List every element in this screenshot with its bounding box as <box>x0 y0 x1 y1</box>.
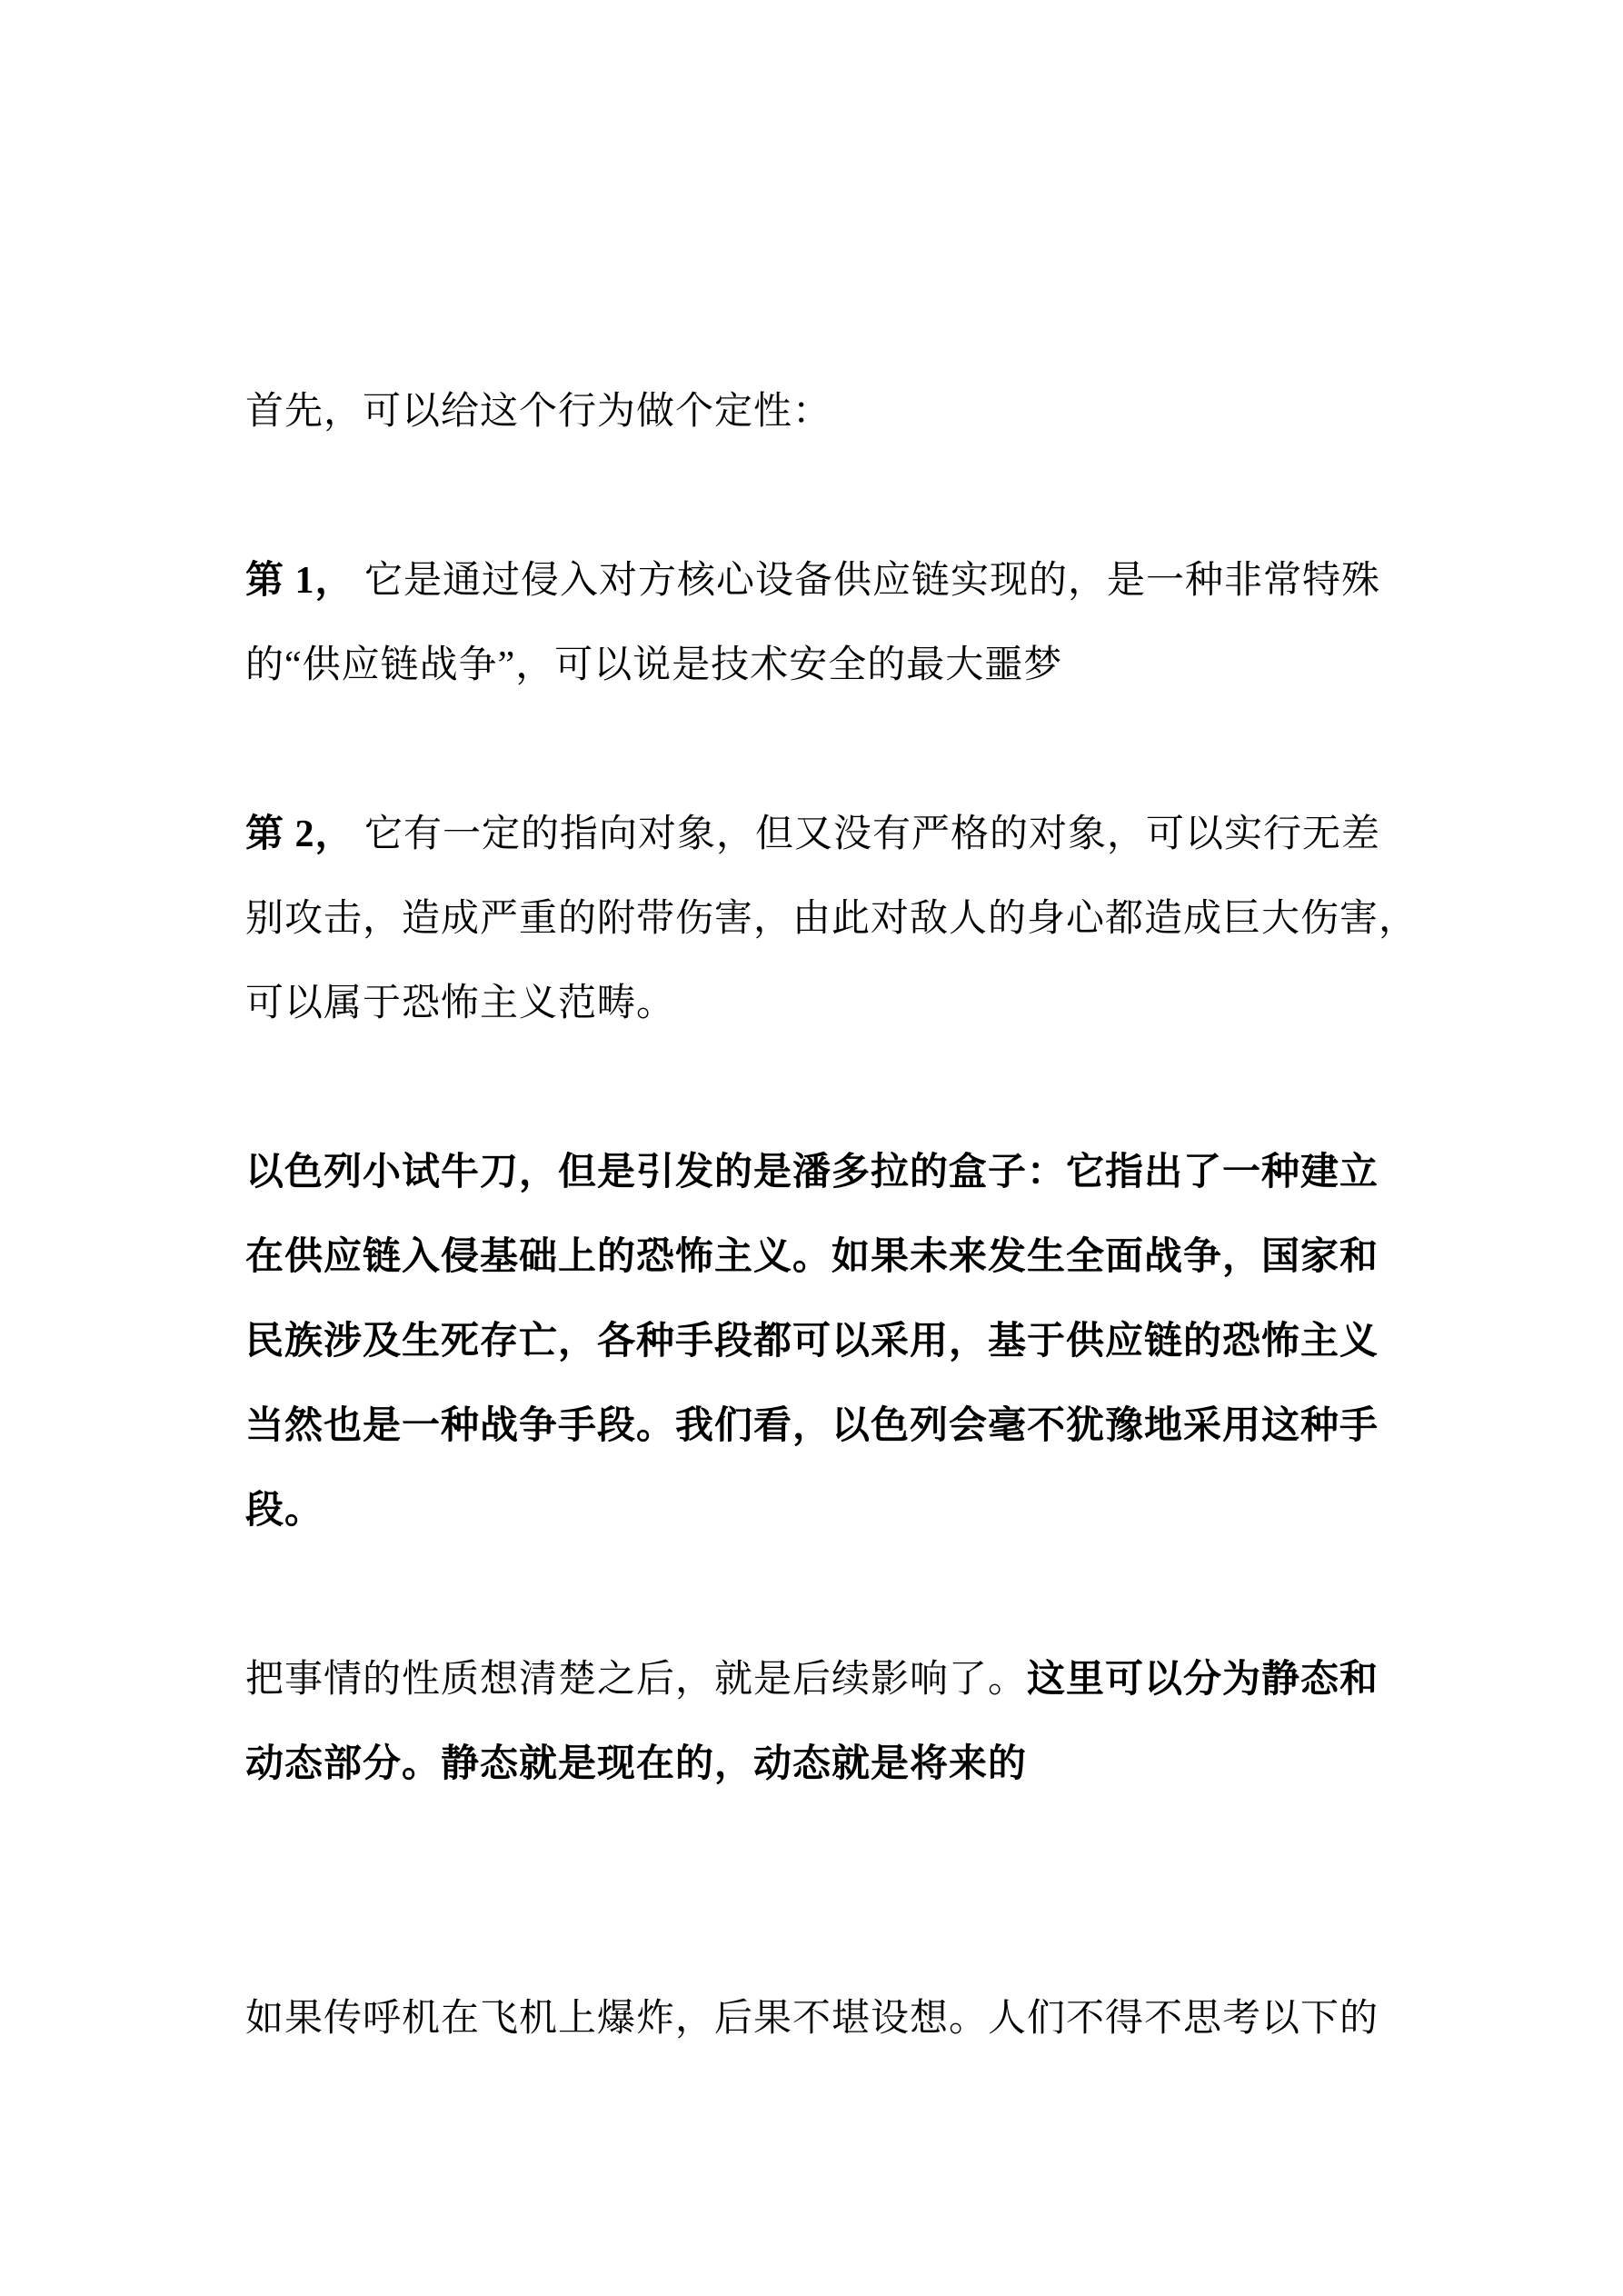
paragraph-6: 如果传呼机在飞机上爆炸，后果不堪设想。人们不得不思考以下的 <box>245 1977 1581 2061</box>
text-run-bold: 第 1， <box>245 560 354 602</box>
text-run: 如果传呼机在飞机上爆炸，后果不堪设想。人们不得不思考以下的 <box>245 1998 1379 2040</box>
text-run: 把事情的性质想清楚之后，就是后续影响了。 <box>245 1659 1027 1701</box>
text-run-bold: 以色列小试牛刀，但是引发的是潘多拉的盒子：它指出了一种建立 在供应链入侵基础上的… <box>245 1152 1379 1532</box>
text-run: 首先，可以给这个行为做个定性： <box>245 391 831 433</box>
text-run-bold: 第 2， <box>245 814 354 855</box>
paragraph-2: 第 1， 它是通过侵入对方核心设备供应链实现的，是一种非常特殊 的“供应链战争”… <box>245 539 1581 708</box>
text-run: 它是通过侵入对方核心设备供应链实现的，是一种非常特殊 的“供应链战争”，可以说是… <box>245 560 1380 686</box>
paragraph-4: 以色列小试牛刀，但是引发的是潘多拉的盒子：它指出了一种建立 在供应链入侵基础上的… <box>245 1131 1581 1553</box>
document-body: 首先，可以给这个行为做个定性：第 1， 它是通过侵入对方核心设备供应链实现的，是… <box>245 370 1581 2061</box>
paragraph-3: 第 2， 它有一定的指向对象，但又没有严格的对象，可以实行无差 别攻击，造成严重… <box>245 793 1581 1046</box>
document-page: 首先，可以给这个行为做个定性：第 1， 它是通过侵入对方核心设备供应链实现的，是… <box>0 0 1623 2296</box>
paragraph-5: 把事情的性质想清楚之后，就是后续影响了。这里可以分为静态和 动态部分。静态就是现… <box>245 1638 1581 1807</box>
paragraph-1: 首先，可以给这个行为做个定性： <box>245 370 1581 454</box>
text-run: 它有一定的指向对象，但又没有严格的对象，可以实行无差 别攻击，造成严重的附带伤害… <box>245 814 1418 1024</box>
